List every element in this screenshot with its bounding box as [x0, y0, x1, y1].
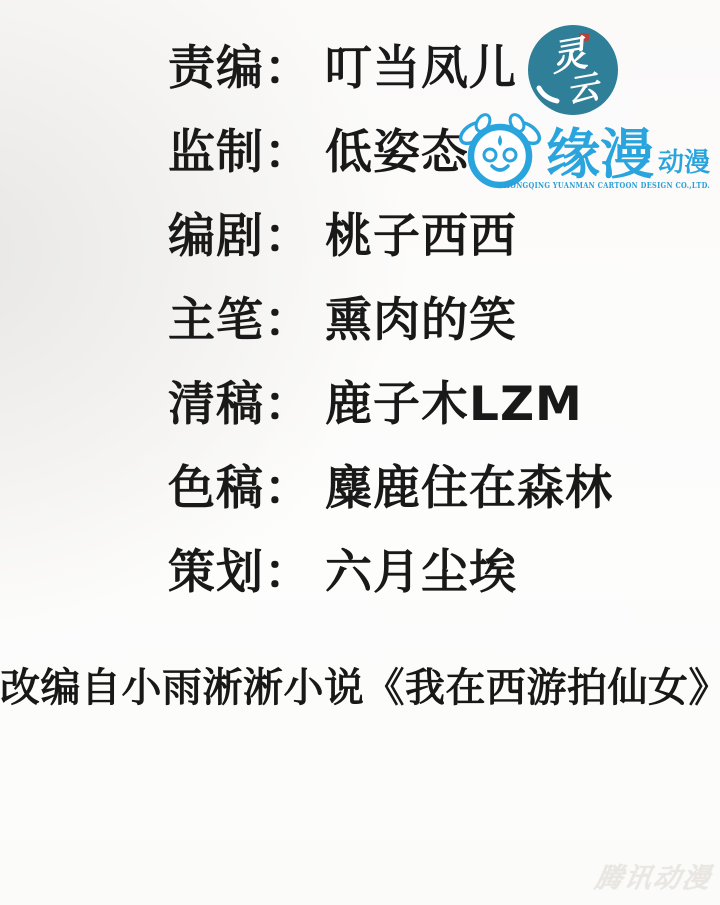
- credit-row-planning: 策划： 六月尘埃: [168, 526, 613, 610]
- credit-name: 低姿态: [325, 115, 469, 182]
- lingyun-badge-icon: 灵 云: [527, 24, 619, 116]
- credit-label: 策划：: [168, 535, 312, 602]
- credit-name: 鹿子木LZM: [325, 367, 583, 434]
- credit-name: 麋鹿住在森林: [325, 451, 613, 518]
- yuanman-company-logo: 缘漫 动漫 CHONGQING YUANMAN CARTOON DESIGN C…: [458, 111, 716, 195]
- credit-row-coloring: 色稿： 麋鹿住在森林: [168, 442, 613, 526]
- lingyun-studio-logo: 灵 云: [527, 24, 619, 116]
- credit-row-line-cleanup: 清稿： 鹿子木LZM: [168, 358, 613, 442]
- credit-name: 桃子西西: [325, 199, 517, 266]
- credit-label: 色稿：: [168, 451, 312, 518]
- credit-label: 责编：: [168, 31, 312, 98]
- credit-name: 叮当凤儿: [325, 31, 517, 98]
- yuanman-logo-icon: 缘漫 动漫 CHONGQING YUANMAN CARTOON DESIGN C…: [458, 111, 716, 195]
- credit-name: 熏肉的笑: [325, 283, 517, 350]
- comic-credits-page: 责编： 叮当凤儿 监制： 低姿态 编剧： 桃子西西 主笔： 熏肉的笑 清稿： 鹿…: [0, 0, 720, 905]
- yuanman-subtitle-text: CHONGQING YUANMAN CARTOON DESIGN CO.,LTD…: [498, 181, 710, 191]
- credit-row-lead-artist: 主笔： 熏肉的笑: [168, 274, 613, 358]
- credit-row-screenwriter: 编剧： 桃子西西: [168, 190, 613, 274]
- yuanman-brand-text: 缘漫: [546, 123, 654, 186]
- credit-label: 监制：: [168, 115, 312, 182]
- credit-label: 清稿：: [168, 367, 312, 434]
- platform-watermark: 腾讯动漫: [593, 856, 716, 895]
- credit-label: 主笔：: [168, 283, 312, 350]
- credit-label: 编剧：: [168, 199, 312, 266]
- yuanman-suffix-text: 动漫: [658, 148, 710, 178]
- adaptation-note: 改编自小雨淅淅小说《我在西游拍仙女》: [0, 656, 720, 713]
- winged-mascot-icon: [458, 112, 543, 185]
- credit-name: 六月尘埃: [325, 535, 517, 602]
